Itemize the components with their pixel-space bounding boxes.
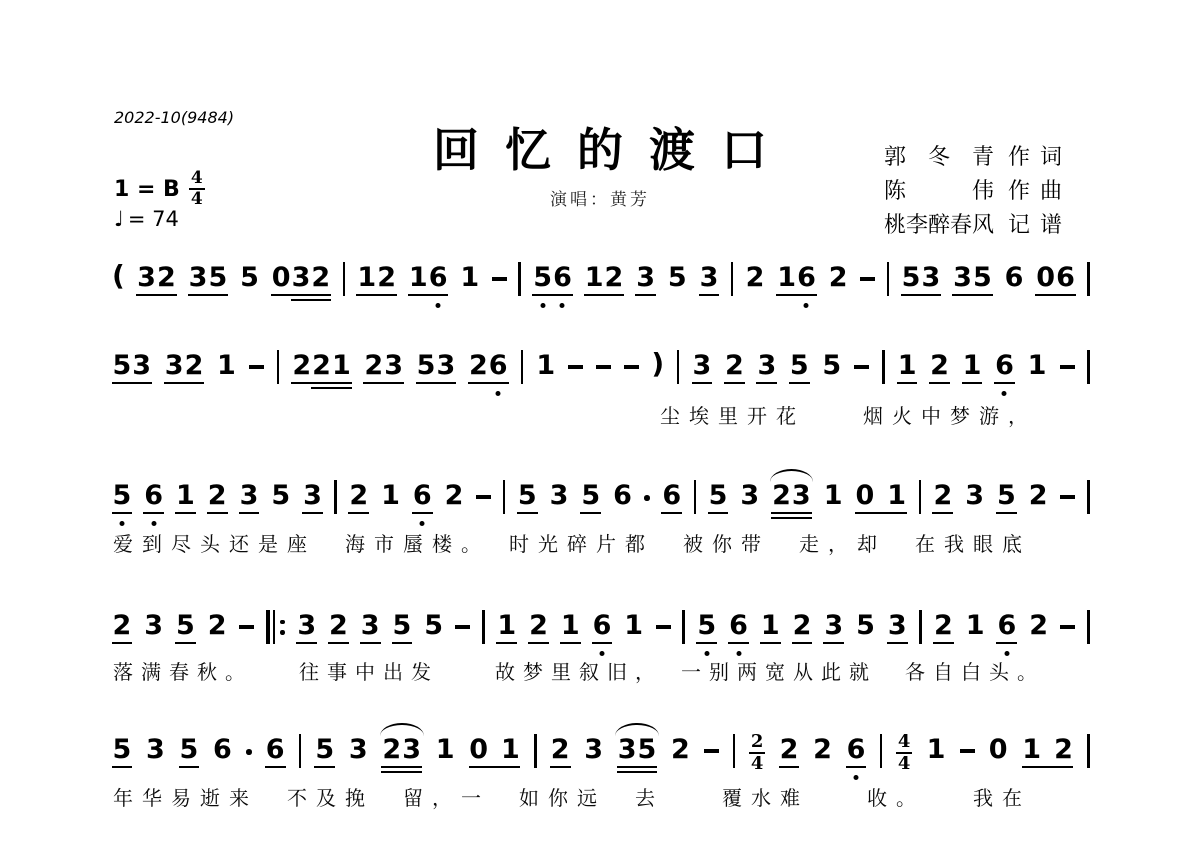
beam-line: [239, 512, 260, 515]
note-digit: 2: [349, 482, 369, 509]
note: 2: [930, 352, 950, 379]
note-digit: 3: [384, 352, 404, 379]
note-digit: 1: [536, 352, 556, 379]
note-digit: 6: [729, 612, 749, 639]
beam-line: [356, 294, 377, 297]
beam-line: [933, 642, 954, 645]
beam-line: [331, 382, 352, 385]
duration-dash: [1060, 625, 1075, 629]
beam-line: [412, 512, 433, 515]
note-digit: 2: [779, 736, 799, 763]
barline: [1087, 262, 1090, 296]
beam-line: [724, 382, 745, 385]
barline: [919, 480, 922, 514]
duration-dash: [960, 749, 975, 753]
note-group: 53: [112, 352, 152, 379]
time-signature-header: 4 4: [189, 170, 205, 208]
duration-dash: [1060, 495, 1075, 499]
note-digit: 5: [581, 482, 601, 509]
note: 6: [729, 612, 749, 639]
note-digit: 6: [488, 352, 508, 379]
beam-line: [179, 766, 200, 769]
beam-line: [363, 382, 384, 385]
barline: [882, 350, 885, 384]
beam-line: [996, 512, 1017, 515]
beam-line: [932, 512, 953, 515]
slur-arc: [770, 469, 814, 482]
note-digit: 3: [132, 352, 152, 379]
note-digit: 2: [724, 352, 744, 379]
note-digit: 3: [348, 736, 368, 763]
note-digit: 6: [592, 612, 612, 639]
note: 6: [997, 612, 1017, 639]
note-digit: 2: [292, 352, 312, 379]
note: 1: [962, 352, 982, 379]
note-digit: 5: [856, 612, 876, 639]
note-digit: 2: [529, 612, 549, 639]
note-digit: 2: [377, 264, 397, 291]
beam-line: [360, 642, 381, 645]
beam-line: [779, 766, 800, 769]
beam-line: [791, 512, 812, 515]
note-digit: 5: [708, 482, 728, 509]
beam-line: [468, 382, 489, 385]
note-digit: 2: [311, 264, 331, 291]
note: 1: [760, 612, 780, 639]
note-digit: 6: [213, 736, 233, 763]
credit-name: 陈 伟: [884, 174, 994, 205]
note-digit: 1: [1022, 736, 1042, 763]
beam-line: [383, 382, 404, 385]
credit-role: 作词: [1008, 140, 1072, 171]
barline: [1087, 610, 1090, 644]
credit-name: 郭 冬 青: [884, 140, 994, 171]
note: 5: [517, 482, 537, 509]
note-digit: 1: [176, 482, 196, 509]
beam-line: [637, 771, 658, 774]
note: 6: [662, 482, 682, 509]
note-digit: 2: [1054, 736, 1074, 763]
beam-line: [771, 512, 792, 515]
note-digit: 1: [584, 264, 604, 291]
note-digit: 3: [164, 352, 184, 379]
music-line-2: 533212212353261)3235512161: [112, 352, 1090, 384]
time-signature-denominator: 4: [191, 190, 203, 208]
note-digit: 3: [402, 736, 422, 763]
note: 1: [926, 736, 946, 763]
note-group: 23: [364, 352, 404, 379]
note: 2: [329, 612, 349, 639]
beam-line: [296, 642, 317, 645]
note: 3: [699, 264, 719, 291]
note-digit: 1: [897, 352, 917, 379]
barline: [299, 734, 302, 768]
duration-dash: [704, 749, 719, 753]
credit-line: 陈 伟作曲: [884, 172, 1072, 206]
note-digit: 5: [240, 264, 260, 291]
note: 5: [271, 482, 291, 509]
note: 5: [856, 612, 876, 639]
beam-line: [855, 512, 907, 515]
note-group: 06: [1036, 264, 1076, 291]
note-group: 35: [617, 736, 657, 763]
beam-line: [311, 387, 332, 390]
duration-dash: [860, 277, 875, 281]
low-octave-dot: [496, 391, 501, 396]
low-octave-dot: [540, 303, 545, 308]
beam-line: [435, 382, 456, 385]
duration-dash: [455, 625, 470, 629]
parenthesis: ): [651, 350, 664, 378]
note: 5: [667, 264, 687, 291]
note: 2: [779, 736, 799, 763]
note-digit: 2: [207, 612, 227, 639]
beam-line: [428, 294, 449, 297]
duration-dash: [249, 365, 264, 369]
beam-line: [310, 299, 331, 302]
note-digit: 5: [667, 264, 687, 291]
note-digit: 5: [112, 352, 132, 379]
slur-arc: [380, 723, 424, 736]
duration-dash: [239, 625, 254, 629]
beam-line: [846, 766, 867, 769]
note: 2: [933, 482, 953, 509]
note-digit: 1: [926, 736, 946, 763]
note: 6: [213, 736, 233, 763]
credit-role: 记谱: [1008, 208, 1072, 239]
note-digit: 3: [953, 264, 973, 291]
note-digit: 3: [297, 612, 317, 639]
barline: [343, 262, 346, 296]
note-digit: 1: [965, 612, 985, 639]
note-digit: 6: [846, 736, 866, 763]
note-digit: 6: [1056, 264, 1076, 291]
note: 3: [549, 482, 569, 509]
note: 1: [460, 264, 480, 291]
low-octave-dot: [420, 521, 425, 526]
repeat-dots: [280, 620, 285, 635]
note: 1: [560, 612, 580, 639]
barline: [919, 610, 922, 644]
note: 2: [792, 612, 812, 639]
note: 2: [813, 736, 833, 763]
time-signature-numerator: 4: [896, 733, 913, 754]
note-digit: 5: [271, 482, 291, 509]
note-digit: 6: [797, 264, 817, 291]
low-octave-dot: [119, 521, 124, 526]
barline: [733, 734, 736, 768]
note-digit: 3: [188, 264, 208, 291]
music-line-3: 561235321625356653231012352: [112, 482, 1090, 514]
barline: [880, 734, 883, 768]
beam-line: [929, 382, 950, 385]
note-digit: 6: [995, 352, 1015, 379]
beam-line: [823, 642, 844, 645]
beam-line: [635, 294, 656, 297]
beam-line: [952, 294, 973, 297]
beam-line: [291, 382, 312, 385]
beam-line: [311, 382, 332, 385]
beam-line: [692, 382, 713, 385]
note-digit: 1: [435, 736, 455, 763]
beam-line: [328, 642, 349, 645]
note: 5: [581, 482, 601, 509]
note-digit: 6: [1004, 264, 1024, 291]
note-digit: 5: [424, 612, 444, 639]
beam-line: [1035, 294, 1056, 297]
beam-line: [1055, 294, 1076, 297]
note-digit: 2: [772, 482, 792, 509]
beam-line: [617, 766, 638, 769]
time-signature-numerator: 4: [189, 170, 205, 190]
note: 6: [592, 612, 612, 639]
beam-line: [592, 642, 613, 645]
note-group: 16: [408, 264, 448, 291]
beam-line: [532, 294, 553, 297]
beam-line: [131, 382, 152, 385]
duration-dash: [656, 625, 671, 629]
augmentation-dot: [644, 495, 650, 501]
beam-line: [291, 299, 312, 302]
barline: [534, 734, 537, 768]
note: 1: [381, 482, 401, 509]
note: 2: [112, 612, 132, 639]
note: 3: [348, 736, 368, 763]
note-group: 35: [188, 264, 228, 291]
note-digit: 5: [972, 264, 992, 291]
note-digit: 2: [156, 264, 176, 291]
note: 5: [179, 736, 199, 763]
beam-line: [408, 294, 429, 297]
note: 3: [144, 612, 164, 639]
note: 6: [265, 736, 285, 763]
note-group: 32: [137, 264, 177, 291]
beam-line: [728, 642, 749, 645]
note-digit: 1: [331, 352, 351, 379]
note: 2: [207, 482, 227, 509]
beam-line: [136, 294, 157, 297]
time-signature-inline: 24: [749, 733, 766, 773]
note: 1: [823, 482, 843, 509]
note-digit: 6: [144, 482, 164, 509]
beam-line: [789, 382, 810, 385]
beam-line: [617, 771, 638, 774]
note-group: 221: [292, 352, 351, 379]
beam-line: [376, 294, 397, 297]
beam-line: [291, 294, 312, 297]
tempo-value: = 74: [128, 207, 179, 231]
beam-line: [756, 382, 777, 385]
note-group: 032: [271, 264, 330, 291]
note-digit: 2: [329, 612, 349, 639]
sheet-music-page: 2022-10(9484) 回忆的渡口 演唱：黄芳 郭 冬 青作词陈 伟作曲桃李…: [0, 0, 1200, 850]
note: 2: [207, 612, 227, 639]
note-digit: 1: [1027, 352, 1047, 379]
duration-dash: [476, 495, 491, 499]
low-octave-dot: [854, 775, 859, 780]
duration-dash: [624, 365, 639, 369]
beam-line: [920, 294, 941, 297]
note: 6: [995, 352, 1015, 379]
note: 3: [303, 482, 323, 509]
note-digit: 3: [636, 264, 656, 291]
note-digit: 3: [965, 482, 985, 509]
note-digit: 6: [997, 612, 1017, 639]
note-digit: 3: [144, 612, 164, 639]
note-digit: 2: [933, 612, 953, 639]
note: 3: [757, 352, 777, 379]
beam-line: [580, 512, 601, 515]
note-digit: 2: [604, 264, 624, 291]
beam-line: [488, 382, 509, 385]
note-group: 32: [164, 352, 204, 379]
music-line-4: 2352323551216156123532162: [112, 612, 1090, 644]
repeat-dot: [280, 630, 285, 635]
credit-line: 桃李醉春风记谱: [884, 206, 1072, 240]
music-line-1: (3235503212161561235321625335606: [112, 264, 1090, 296]
note-digit: 3: [303, 482, 323, 509]
note-group: 01: [855, 482, 907, 509]
beam-line: [310, 294, 331, 297]
note-digit: 6: [553, 264, 573, 291]
note-digit: 3: [239, 482, 259, 509]
note-digit: 1: [381, 482, 401, 509]
note-digit: 6: [412, 482, 432, 509]
note-digit: 2: [813, 736, 833, 763]
note-digit: 5: [112, 736, 132, 763]
note-digit: 2: [444, 482, 464, 509]
note-digit: 2: [364, 352, 384, 379]
note-digit: 3: [887, 612, 907, 639]
repeat-dot: [280, 620, 285, 625]
note-digit: 5: [112, 482, 132, 509]
note-group: 23: [382, 736, 422, 763]
note: 5: [240, 264, 260, 291]
note-digit: 3: [617, 736, 637, 763]
note-digit: 2: [792, 612, 812, 639]
note: 3: [824, 612, 844, 639]
repeat-thick-bar: [266, 610, 271, 644]
note-digit: 0: [469, 736, 489, 763]
time-signature-denominator: 4: [898, 754, 911, 773]
duration-dash: [854, 365, 869, 369]
credits: 郭 冬 青作词陈 伟作曲桃李醉春风记谱: [884, 138, 1072, 240]
low-octave-dot: [436, 303, 441, 308]
note: 5: [315, 736, 335, 763]
note-digit: 3: [584, 736, 604, 763]
beam-line: [996, 642, 1017, 645]
beam-line: [184, 382, 205, 385]
note: 5: [175, 612, 195, 639]
barline: [521, 350, 524, 384]
note-digit: 3: [549, 482, 569, 509]
note: 3: [887, 612, 907, 639]
barline: [503, 480, 506, 514]
note-digit: 2: [382, 736, 402, 763]
beam-line: [496, 642, 517, 645]
parenthesis: (: [112, 262, 125, 290]
note-digit: 2: [550, 736, 570, 763]
note-digit: 3: [146, 736, 166, 763]
quarter-note-icon: ♩: [114, 207, 124, 231]
beam-line: [994, 382, 1015, 385]
barline: [887, 262, 890, 296]
beam-line: [265, 766, 286, 769]
note-digit: 6: [613, 482, 633, 509]
credit-role: 作曲: [1008, 174, 1072, 205]
note: 5: [424, 612, 444, 639]
beam-line: [469, 766, 521, 769]
note: 5: [789, 352, 809, 379]
music-line-5: 5356653231012335224226441012: [112, 736, 1090, 773]
note-digit: 0: [855, 482, 875, 509]
note: 3: [239, 482, 259, 509]
note-digit: 5: [901, 264, 921, 291]
note-digit: 5: [997, 482, 1017, 509]
note-digit: 2: [930, 352, 950, 379]
note-group: 35: [953, 264, 993, 291]
beam-line: [401, 771, 422, 774]
note-group: 12: [584, 264, 624, 291]
note-digit: 2: [1029, 612, 1049, 639]
note-digit: 5: [416, 352, 436, 379]
note-digit: 1: [460, 264, 480, 291]
note: 2: [444, 482, 464, 509]
note-digit: 1: [497, 612, 517, 639]
note-group: 12: [1022, 736, 1074, 763]
barline: [1087, 350, 1090, 384]
note-digit: 3: [291, 264, 311, 291]
note-digit: 2: [312, 352, 332, 379]
note-digit: 3: [692, 352, 712, 379]
note-digit: 5: [789, 352, 809, 379]
beam-line: [637, 766, 658, 769]
augmentation-dot: [246, 749, 252, 755]
note-digit: 2: [184, 352, 204, 379]
beam-line: [401, 766, 422, 769]
note-digit: 1: [501, 736, 521, 763]
barline: [694, 480, 697, 514]
note-group: 16: [777, 264, 817, 291]
duration-dash: [492, 277, 507, 281]
beam-line: [112, 512, 133, 515]
note-digit: 5: [392, 612, 412, 639]
duration-dash: [596, 365, 611, 369]
note-digit: 3: [791, 482, 811, 509]
note-digit: 5: [697, 612, 717, 639]
note-group: 01: [469, 736, 521, 763]
beam-line: [550, 766, 571, 769]
beam-line: [699, 294, 720, 297]
low-octave-dot: [1002, 391, 1007, 396]
beam-line: [791, 517, 812, 520]
barline: [277, 350, 280, 384]
note-digit: 5: [517, 482, 537, 509]
note: 2: [724, 352, 744, 379]
beam-line: [776, 294, 797, 297]
beam-line: [314, 766, 335, 769]
note-group: 23: [772, 482, 812, 509]
beam-line: [696, 642, 717, 645]
note: 2: [1028, 482, 1048, 509]
barline: [482, 610, 485, 644]
note: 2: [349, 482, 369, 509]
note-digit: 3: [137, 264, 157, 291]
note-digit: 2: [828, 264, 848, 291]
beam-line: [604, 294, 625, 297]
key-signature: 1 = B 4 4: [114, 170, 205, 208]
note-digit: 2: [207, 482, 227, 509]
